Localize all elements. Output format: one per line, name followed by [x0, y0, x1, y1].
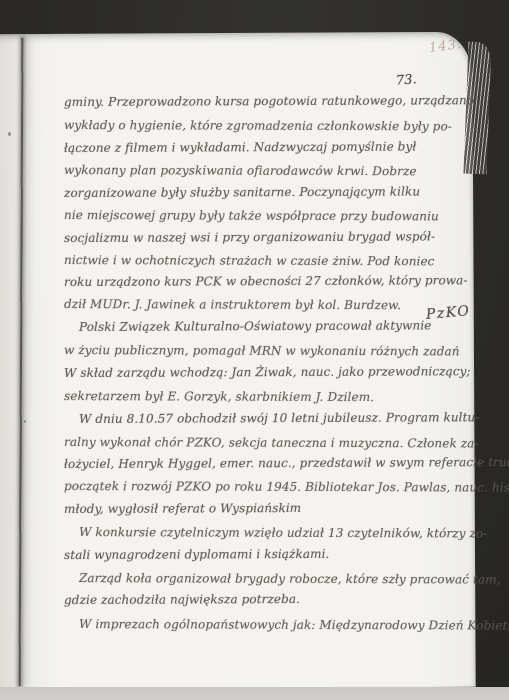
handwritten-line: W dniu 8.10.57 obchodził swój 10 letni j… [64, 408, 479, 428]
handwritten-line: zorganizowane były służby sanitarne. Poc… [64, 182, 464, 202]
handwritten-text-block: gminy. Przeprowadzono kursa pogotowia ra… [0, 0, 509, 700]
handwritten-line: łączone z filmem i wykładami. Nadzwyczaj… [64, 137, 464, 157]
handwritten-line: roku urządzono kurs PCK w obecności 27 c… [64, 271, 464, 291]
handwritten-line: gdzie zachodziła największa potrzeba. [64, 589, 464, 609]
handwritten-line: gminy. Przeprowadzono kursa pogotowia ra… [64, 91, 464, 111]
handwritten-line: socjalizmu w naszej wsi i przy organizow… [64, 227, 464, 247]
handwritten-line: wykłady o hygienie, które zgromadzenia c… [64, 116, 464, 135]
handwritten-line: Polski Związek Kulturalno-Oświatowy prac… [64, 316, 479, 336]
handwritten-line: W skład zarządu wchodzą: Jan Żiwak, nauc… [64, 362, 464, 382]
handwritten-line: Zarząd koła organizował brygady robocze,… [64, 569, 479, 588]
scanner-bed-strip [0, 687, 509, 700]
handwritten-line: początek i rozwój PZKO po roku 1945. Bib… [64, 477, 464, 496]
handwritten-line: nie miejscowej grupy były także współpra… [64, 206, 464, 225]
handwritten-line: wykonany plan pozyskiwania ofiarodawców … [64, 161, 464, 180]
scan-background: 143. 73. PzKO gminy. Przeprowadzono kurs… [0, 0, 509, 700]
handwritten-line: w życiu publicznym, pomagał MRN w wykona… [64, 341, 464, 360]
handwritten-line: łożyciel, Henryk Hyggel, emer. nauc., pr… [64, 453, 464, 473]
handwritten-line: stali wynagrodzeni dyplomami i książkami… [64, 544, 464, 564]
handwritten-line: młody, wygłosił referat o Wyspiańskim [64, 498, 464, 518]
handwritten-line: ralny wykonał chór PZKO, sekcja taneczna… [64, 433, 464, 452]
handwritten-line: dził MUDr. J. Jawinek a instruktorem był… [64, 295, 464, 314]
handwritten-line: W konkursie czytelniczym wzięło udział 1… [64, 523, 479, 542]
handwritten-line: nictwie i w ochotniczych strażach w czas… [64, 251, 464, 270]
handwritten-line: sekretarzem był E. Gorzyk, skarbnikiem J… [64, 387, 464, 406]
handwritten-line: W imprezach ogólnopaństwowych jak: Międz… [64, 615, 479, 634]
